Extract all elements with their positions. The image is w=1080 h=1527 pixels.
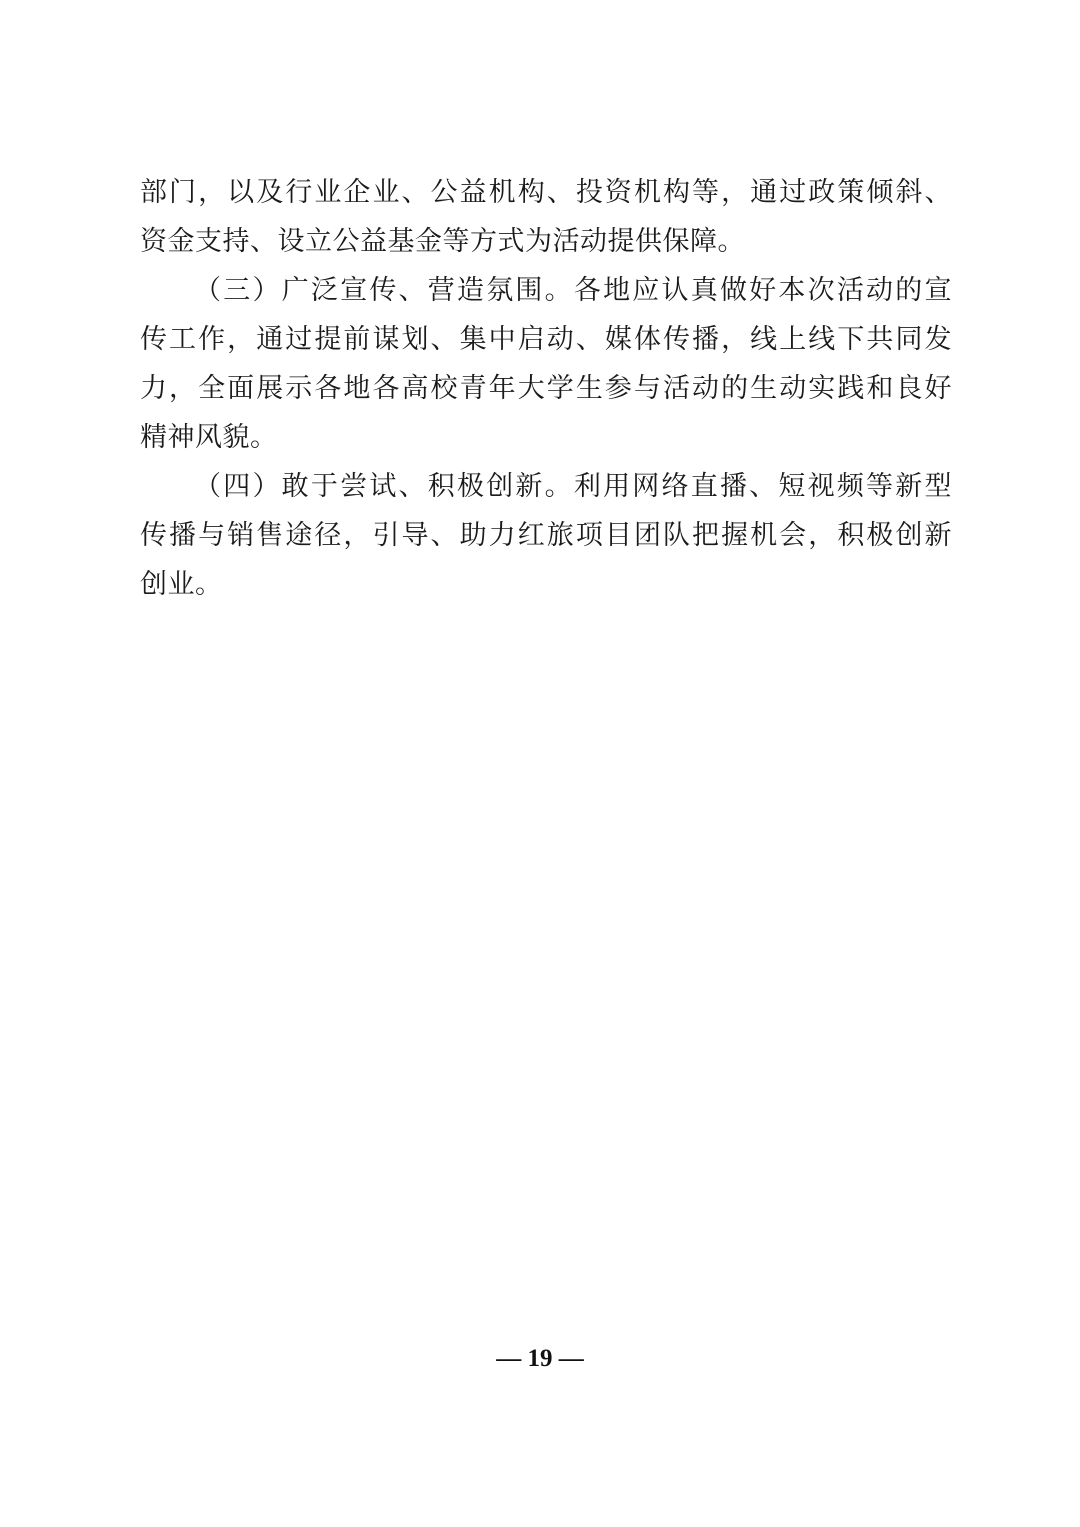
- document-page: 部门，以及行业企业、公益机构、投资机构等，通过政策倾斜、 资金支持、设立公益基金…: [0, 0, 1080, 1527]
- paragraph-publicity: （三）广泛宣传、营造氛围。各地应认真做好本次活动的宣 传工作，通过提前谋划、集中…: [140, 266, 960, 462]
- text-run: 各地应认真做好本次活动的宣: [574, 275, 952, 306]
- text-line: 创业。: [140, 560, 960, 609]
- text-run: 利用网络直播、短视频等新型: [574, 471, 952, 502]
- text-line: 力，全面展示各地各高校青年大学生参与活动的生动实践和良好: [140, 364, 952, 413]
- paragraph-innovation: （四）敢于尝试、积极创新。利用网络直播、短视频等新型 传播与销售途径，引导、助力…: [140, 462, 960, 609]
- page-number: — 19 —: [0, 1345, 1080, 1373]
- text-line: 传工作，通过提前谋划、集中启动、媒体传播，线上线下共同发: [140, 315, 952, 364]
- text-line: 部门，以及行业企业、公益机构、投资机构等，通过政策倾斜、: [140, 168, 952, 217]
- paragraph-first-line: （四）敢于尝试、积极创新。利用网络直播、短视频等新型: [140, 462, 952, 511]
- text-line: 传播与销售途径，引导、助力红旅项目团队把握机会，积极创新: [140, 511, 952, 560]
- document-body: 部门，以及行业企业、公益机构、投资机构等，通过政策倾斜、 资金支持、设立公益基金…: [140, 168, 960, 609]
- paragraph-funding-support: 部门，以及行业企业、公益机构、投资机构等，通过政策倾斜、 资金支持、设立公益基金…: [140, 168, 960, 266]
- section-heading: （四）敢于尝试、积极创新。: [194, 471, 574, 502]
- text-line: 精神风貌。: [140, 413, 960, 462]
- text-line: 资金支持、设立公益基金等方式为活动提供保障。: [140, 217, 960, 266]
- paragraph-first-line: （三）广泛宣传、营造氛围。各地应认真做好本次活动的宣: [140, 266, 952, 315]
- section-heading: （三）广泛宣传、营造氛围。: [194, 275, 574, 306]
